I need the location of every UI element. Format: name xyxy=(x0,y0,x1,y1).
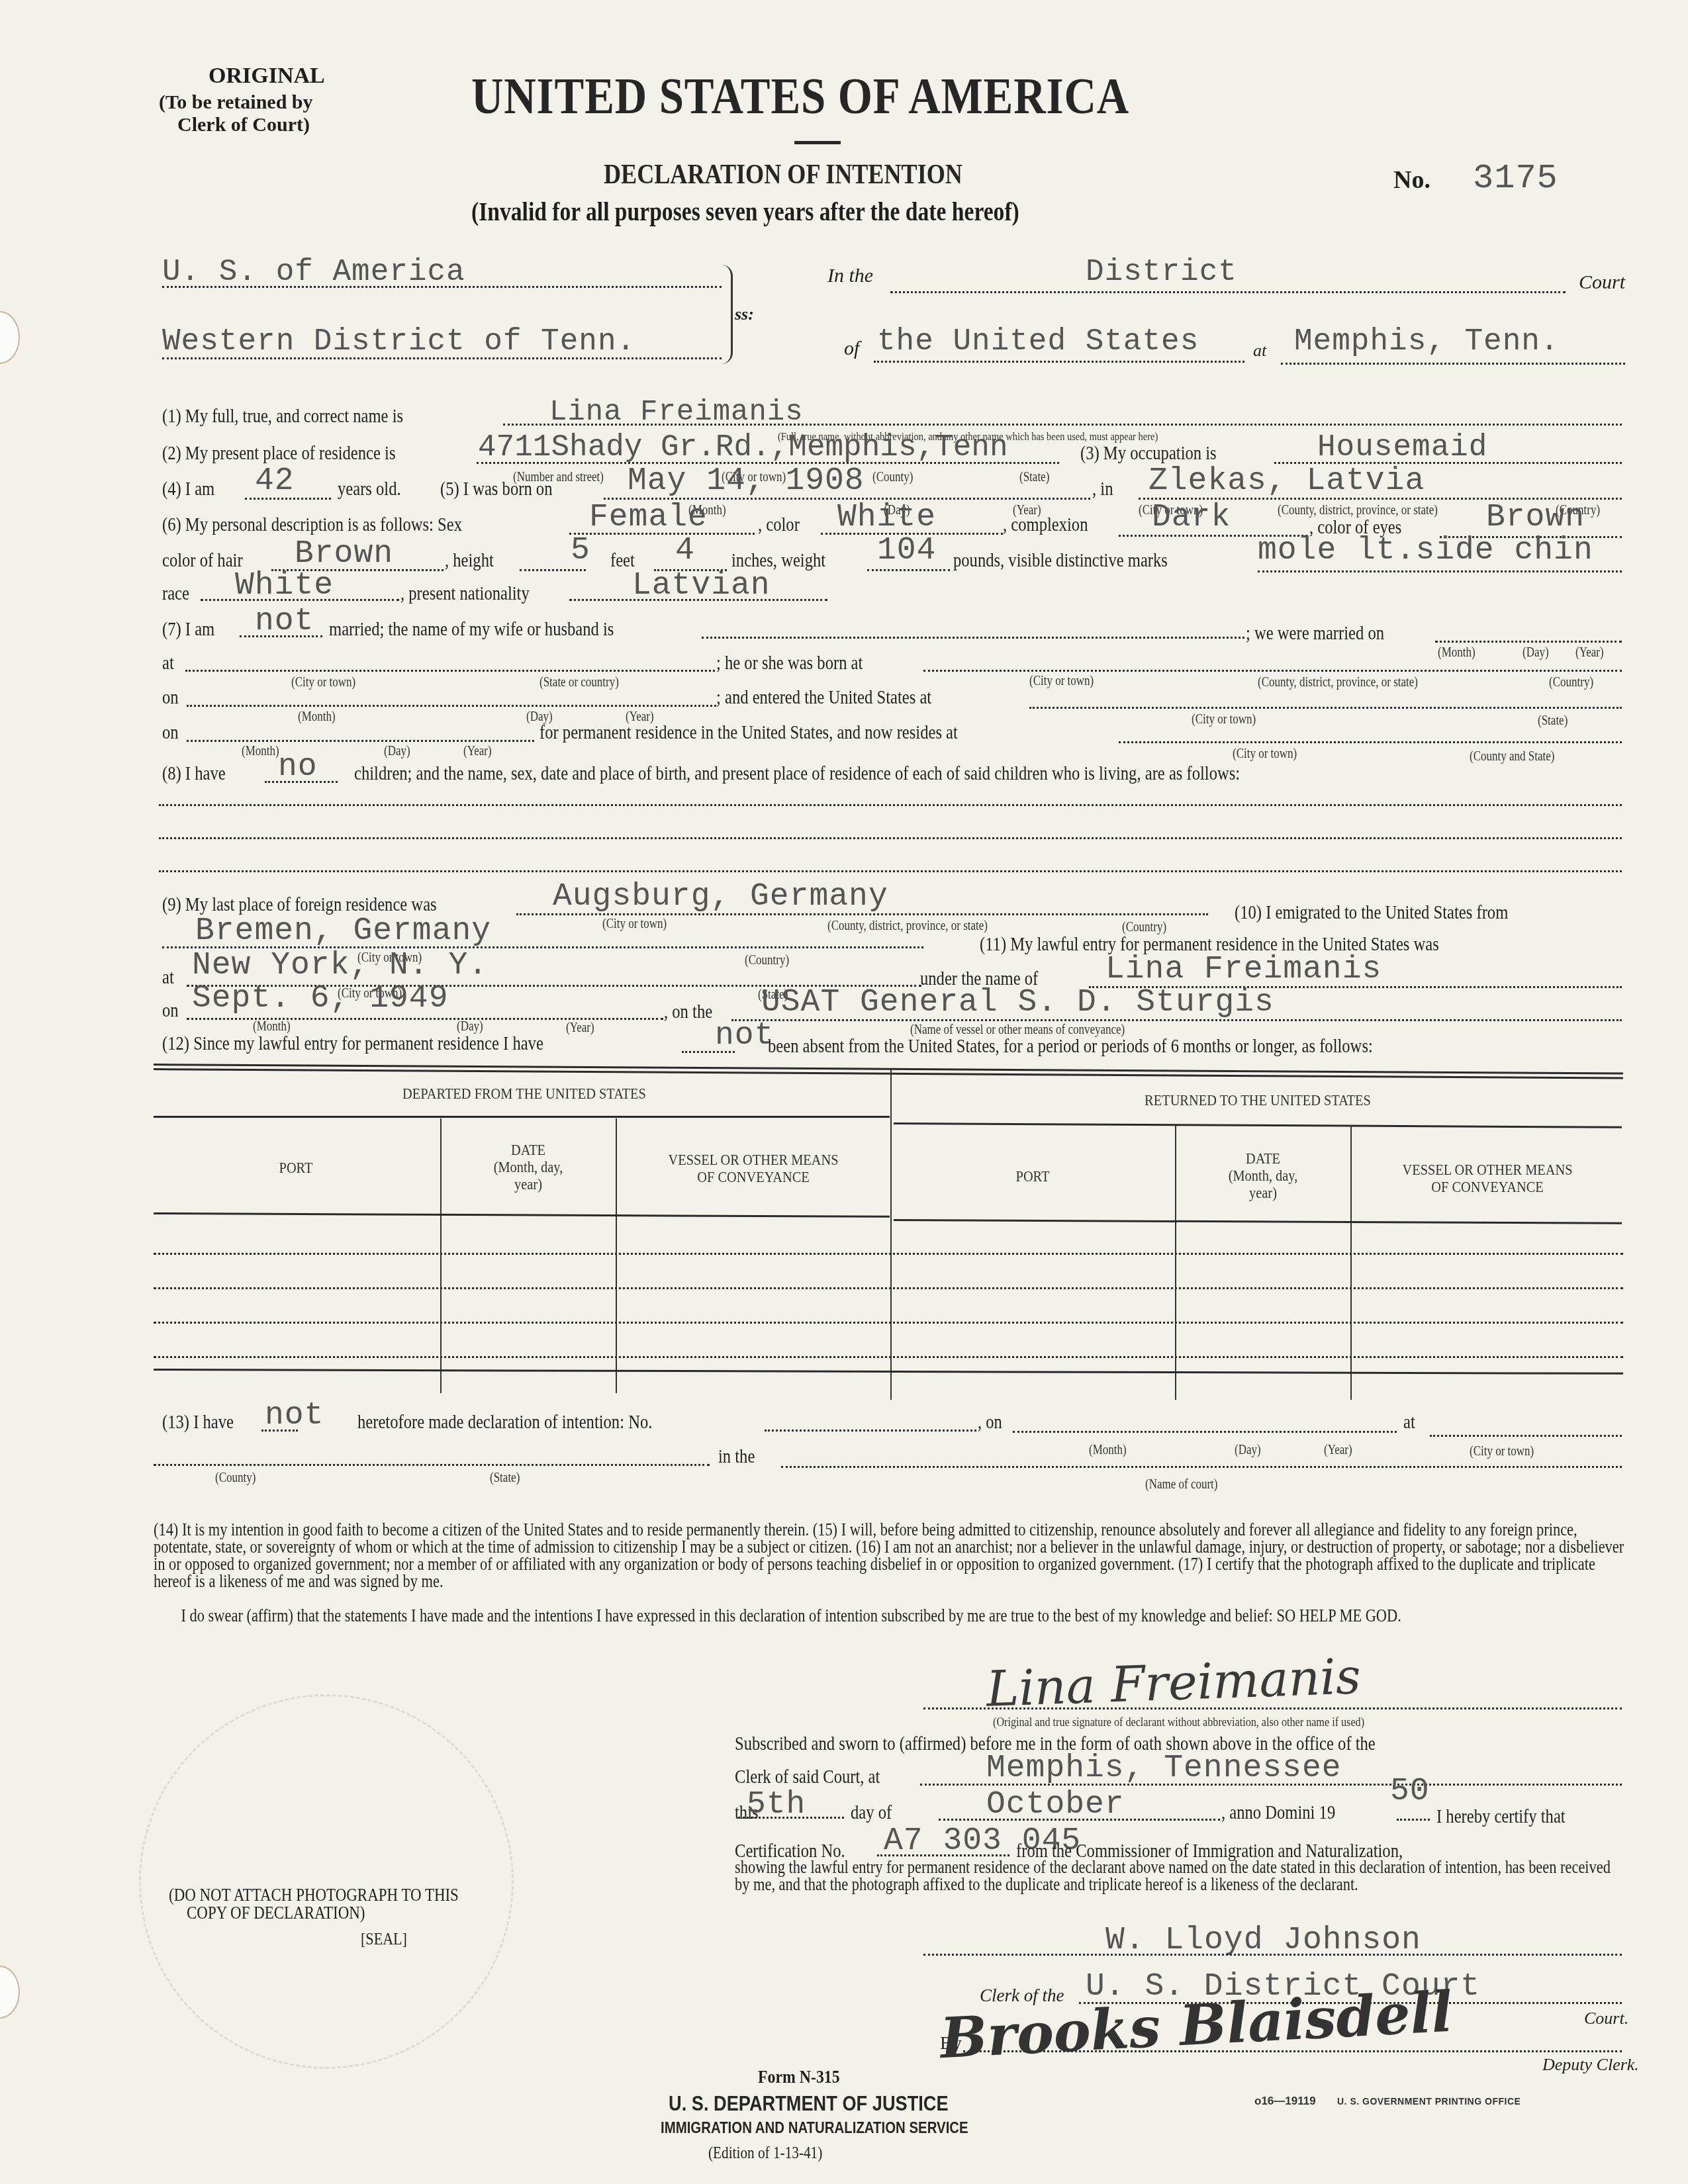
at-label: at xyxy=(1253,341,1266,361)
children-line xyxy=(159,870,1622,872)
col-date-departed: DATE (Month, day, year) xyxy=(455,1142,602,1193)
number-label: No. xyxy=(1393,165,1430,195)
clerk-at-label: Clerk of said Court, at xyxy=(735,1766,880,1788)
certify-label: I hereby certify that xyxy=(1436,1805,1566,1828)
on-the-label: , on the xyxy=(664,1001,712,1023)
table-rule xyxy=(154,1116,890,1118)
q8-label: (8) I have xyxy=(162,762,226,785)
photo-note: COPY OF DECLARATION) xyxy=(187,1903,365,1923)
hint-county: (County, district, province, or state) xyxy=(1258,675,1418,690)
col-vessel-line: VESSEL OR OTHER MEANS xyxy=(637,1152,869,1169)
blank-line xyxy=(187,705,716,707)
blank-line xyxy=(890,291,1566,293)
col-port-departed: PORT xyxy=(175,1160,417,1177)
blank-line xyxy=(1430,1435,1622,1437)
q7-label: (7) I am xyxy=(162,618,214,641)
age-value: 42 xyxy=(255,463,295,499)
clerk-name-value: W. Lloyd Johnson xyxy=(1105,1923,1421,1958)
signature-line xyxy=(923,1707,1622,1709)
blank-line xyxy=(867,569,950,571)
deputy-clerk-label: Deputy Clerk. xyxy=(1542,2055,1639,2075)
punch-hole xyxy=(0,1966,20,2019)
hint-day: (Day) xyxy=(1235,1443,1261,1458)
col-vessel-line: OF CONVEYANCE xyxy=(637,1169,869,1186)
on-label: on xyxy=(162,721,179,744)
hint-city: (City or town) xyxy=(1029,674,1094,689)
title-rule xyxy=(794,141,841,144)
print-code: o16—19119 xyxy=(1254,2095,1316,2108)
validity-note: (Invalid for all purposes seven years af… xyxy=(471,196,1019,227)
hint-month: (Month) xyxy=(1089,1443,1127,1458)
hint-city: (City or town) xyxy=(291,675,355,690)
q12-label-post: been absent from the United States, for … xyxy=(768,1035,1373,1058)
hint-day: (Day) xyxy=(384,744,410,759)
service: IMMIGRATION AND NATURALIZATION SERVICE xyxy=(661,2119,968,2138)
table-row xyxy=(154,1322,1623,1324)
hint-month: (Month) xyxy=(298,709,336,725)
blank-line xyxy=(154,1464,710,1466)
hint-city: (City or town) xyxy=(602,917,667,932)
height-label: , height xyxy=(445,549,494,572)
entry-place-value: New York, N. Y. xyxy=(192,948,488,983)
color-label: , color xyxy=(758,514,800,536)
full-name-value: Lina Freimanis xyxy=(549,396,804,429)
seal-label: [SEAL] xyxy=(361,1929,407,1949)
q4-label-post: years old. xyxy=(338,478,401,500)
in-the-label: In the xyxy=(827,265,873,287)
sworn-year-value: 50 xyxy=(1390,1774,1430,1809)
oath-swear: I do swear (affirm) that the statements … xyxy=(154,1607,1626,1624)
nationality-value: Latvian xyxy=(632,568,771,604)
court-label: Court. xyxy=(1584,2009,1628,2028)
col-vessel-departed: VESSEL OR OTHER MEANS OF CONVEYANCE xyxy=(637,1152,869,1186)
sex-value: Female xyxy=(589,500,708,535)
distinctive-marks-value: mole lt.side chin xyxy=(1258,533,1593,569)
blank-line xyxy=(185,670,715,672)
blank-line xyxy=(874,361,1244,363)
entry-on-label: on xyxy=(162,999,179,1022)
column-divider xyxy=(1175,1125,1176,1400)
anno-label: , anno Domini 19 xyxy=(1221,1801,1335,1824)
hair-label: color of hair xyxy=(162,549,243,572)
blank-line xyxy=(187,740,534,742)
race-value: White xyxy=(235,568,334,604)
hint-year: (Year) xyxy=(1575,645,1604,660)
hint-state: (State) xyxy=(490,1471,520,1486)
venue-state: U. S. of America xyxy=(162,255,465,289)
court-of: the United States xyxy=(877,324,1199,359)
hint-day: (Day) xyxy=(1523,645,1549,660)
feet-label: feet xyxy=(610,549,635,572)
table-header-rule xyxy=(894,1219,1622,1224)
court-label: Court xyxy=(1579,271,1625,294)
q13-label: (13) I have xyxy=(162,1411,234,1433)
birth-place-value: Zlekas, Latvia xyxy=(1149,463,1425,499)
departed-header: DEPARTED FROM THE UNITED STATES xyxy=(209,1085,839,1103)
blank-line xyxy=(520,569,586,571)
bracket xyxy=(722,265,733,364)
q7-label-post: married; the name of my wife or husband … xyxy=(329,618,614,641)
col-port-returned: PORT xyxy=(915,1168,1151,1185)
vessel-value: USAT General S. D. Sturgis xyxy=(761,985,1274,1021)
height-feet-value: 5 xyxy=(571,533,590,569)
color-value: White xyxy=(837,500,936,535)
q8-label-post: children; and the name, sex, date and pl… xyxy=(354,762,1240,785)
blank-line xyxy=(923,670,1622,672)
table-row xyxy=(154,1253,1623,1255)
table-bottom-rule xyxy=(154,1369,1623,1375)
hint-country: (Country) xyxy=(745,953,789,968)
col-vessel-line: OF CONVEYANCE xyxy=(1372,1179,1603,1196)
entry-name-value: Lina Freimanis xyxy=(1105,952,1382,987)
eye-color-value: Brown xyxy=(1486,500,1585,535)
last-foreign-residence-value: Augsburg, Germany xyxy=(553,879,888,915)
col-date-line: DATE xyxy=(455,1142,602,1159)
hint-year: (Year) xyxy=(1324,1443,1352,1458)
embossed-seal xyxy=(139,1694,514,2069)
sworn-month-value: October xyxy=(986,1787,1125,1823)
col-date-line: year) xyxy=(455,1176,602,1193)
table-row xyxy=(154,1287,1623,1289)
in-the-label: in the xyxy=(718,1445,755,1468)
hint-city: (City or town) xyxy=(1192,712,1256,727)
hint-year: (Year) xyxy=(566,1021,594,1036)
col-vessel-line: VESSEL OR OTHER MEANS xyxy=(1372,1161,1603,1179)
birth-date-value: May 14, 1908 xyxy=(628,463,865,499)
punch-hole xyxy=(0,311,20,364)
table-row xyxy=(154,1356,1623,1358)
hint-state: (State) xyxy=(1538,713,1568,729)
hint-county-state: (County and State) xyxy=(1470,749,1554,764)
occupation-value: Housemaid xyxy=(1317,430,1487,465)
table-rule xyxy=(894,1122,1622,1128)
day-of-label: day of xyxy=(851,1801,892,1824)
hint-country: (Country) xyxy=(1549,675,1593,690)
q3-label: (3) My occupation is xyxy=(1080,442,1217,465)
hint-city: (City or town) xyxy=(1233,747,1297,762)
col-date-line: DATE xyxy=(1190,1150,1336,1167)
col-date-returned: DATE (Month, day, year) xyxy=(1190,1150,1336,1202)
q9-label: (9) My last place of foreign residence w… xyxy=(162,893,437,916)
q2-label: (2) My present place of residence is xyxy=(162,442,395,465)
blank-line xyxy=(1258,570,1622,572)
col-date-line: (Month, day, xyxy=(455,1159,602,1176)
hint-court-name: (Name of court) xyxy=(1145,1477,1218,1492)
on-label: , on xyxy=(978,1411,1002,1433)
edition: (Edition of 1-13-41) xyxy=(708,2144,822,2163)
original-label: ORIGINAL xyxy=(209,64,325,89)
declaration-number: 3175 xyxy=(1473,159,1558,198)
born-in-label: , in xyxy=(1092,478,1113,500)
signature-line xyxy=(923,1954,1622,1956)
venue-district: Western District of Tenn. xyxy=(162,324,635,359)
spouse-name-line xyxy=(702,637,1244,639)
height-inches-value: 4 xyxy=(675,533,695,569)
declaration-no-line xyxy=(765,1430,976,1432)
weight-value: 104 xyxy=(877,533,936,569)
cert-text-rest: showing the lawful entry for permanent r… xyxy=(735,1858,1625,1893)
sworn-day-value: 5th xyxy=(747,1787,806,1823)
col-date-line: year) xyxy=(1190,1185,1336,1202)
blank-line xyxy=(162,357,722,359)
sworn-place-value: Memphis, Tennessee xyxy=(986,1751,1341,1786)
children-line xyxy=(159,837,1622,839)
column-divider xyxy=(616,1118,617,1393)
residence-value: 4711Shady Gr.Rd.,Memphis,Tenn xyxy=(478,430,1008,465)
hint-city: (City or town) xyxy=(1470,1444,1534,1459)
blank-line xyxy=(1435,641,1622,643)
complexion-value: Dark xyxy=(1152,500,1231,535)
department: U. S. DEPARTMENT OF JUSTICE xyxy=(669,2091,949,2116)
of-label: of xyxy=(844,338,859,360)
column-divider xyxy=(440,1118,442,1393)
court-location: Memphis, Tenn. xyxy=(1294,324,1559,359)
returned-header: RETURNED TO THE UNITED STATES xyxy=(949,1092,1568,1109)
hint-county: (County) xyxy=(215,1471,256,1486)
hint-month: (Month) xyxy=(242,744,279,759)
court-type: District xyxy=(1086,255,1237,289)
q13-label-post: heretofore made declaration of intention… xyxy=(357,1411,652,1433)
document-title: UNITED STATES OF AMERICA xyxy=(471,66,1129,126)
oath-paragraph: (14) It is my intention in good faith to… xyxy=(154,1521,1626,1590)
hint-state: (State) xyxy=(1019,470,1049,485)
blank-line xyxy=(1029,707,1622,709)
table-header-rule xyxy=(154,1212,890,1218)
at-label: at xyxy=(162,652,174,674)
hint-state: (State or country) xyxy=(539,675,619,690)
q12-label: (12) Since my lawful entry for permanent… xyxy=(162,1032,543,1055)
ss-label: ss: xyxy=(735,304,754,324)
q1-label: (1) My full, true, and correct name is xyxy=(162,405,403,428)
blank-line xyxy=(1119,741,1622,743)
blank-line xyxy=(162,286,722,288)
complexion-label: , complexion xyxy=(1003,514,1088,536)
entry-date-value: Sept. 6, 1949 xyxy=(192,981,448,1017)
blank-line xyxy=(1397,1819,1430,1821)
retained-note: Clerk of Court) xyxy=(177,114,310,136)
on-label: on xyxy=(162,686,179,709)
blank-line xyxy=(1013,1431,1397,1433)
children-line xyxy=(159,804,1622,806)
race-label: race xyxy=(162,582,189,605)
spouse-born-label: ; he or she was born at xyxy=(716,652,863,674)
signature-hint: (Original and true signature of declaran… xyxy=(993,1715,1364,1730)
court-name-line xyxy=(781,1466,1622,1468)
hint-county: (County, district, province, or state) xyxy=(827,919,988,934)
q5-label: (5) I was born on xyxy=(440,478,552,500)
entered-label: ; and entered the United States at xyxy=(716,686,931,709)
prior-status-value: not xyxy=(265,1398,324,1433)
q10-label: (10) I emigrated to the United States fr… xyxy=(1235,901,1508,924)
children-count-value: no xyxy=(278,749,318,785)
permanent-label: for permanent residence in the United St… xyxy=(539,721,958,744)
entry-at-label: at xyxy=(162,966,174,989)
blank-line xyxy=(1281,363,1625,365)
hair-color-value: Brown xyxy=(295,536,393,572)
column-divider xyxy=(1350,1125,1352,1400)
married-on-label: ; we were married on xyxy=(1246,622,1384,645)
hint-county: (County) xyxy=(872,470,913,485)
q4-label: (4) I am xyxy=(162,478,214,500)
married-status-value: not xyxy=(255,604,314,639)
form-title: DECLARATION OF INTENTION xyxy=(604,159,962,191)
q6-label: (6) My personal description is as follow… xyxy=(162,514,462,536)
hint-month: (Month) xyxy=(1438,645,1476,660)
emigrated-from-value: Bremen, Germany xyxy=(195,913,491,949)
printer: U. S. GOVERNMENT PRINTING OFFICE xyxy=(1337,2096,1521,2107)
absent-status-value: not xyxy=(715,1018,774,1054)
hint-year: (Year) xyxy=(463,744,492,759)
table-divider xyxy=(890,1069,892,1400)
retained-note: (To be retained by xyxy=(159,91,313,114)
col-date-line: (Month, day, xyxy=(1190,1167,1336,1185)
declaration-form-page: ORIGINAL (To be retained by Clerk of Cou… xyxy=(0,0,1688,2184)
nationality-label: , present nationality xyxy=(400,582,530,605)
at-label: at xyxy=(1403,1411,1415,1433)
pounds-marks-label: pounds, visible distinctive marks xyxy=(953,549,1168,572)
form-number: Form N-315 xyxy=(758,2067,840,2088)
col-vessel-returned: VESSEL OR OTHER MEANS OF CONVEYANCE xyxy=(1372,1161,1603,1196)
